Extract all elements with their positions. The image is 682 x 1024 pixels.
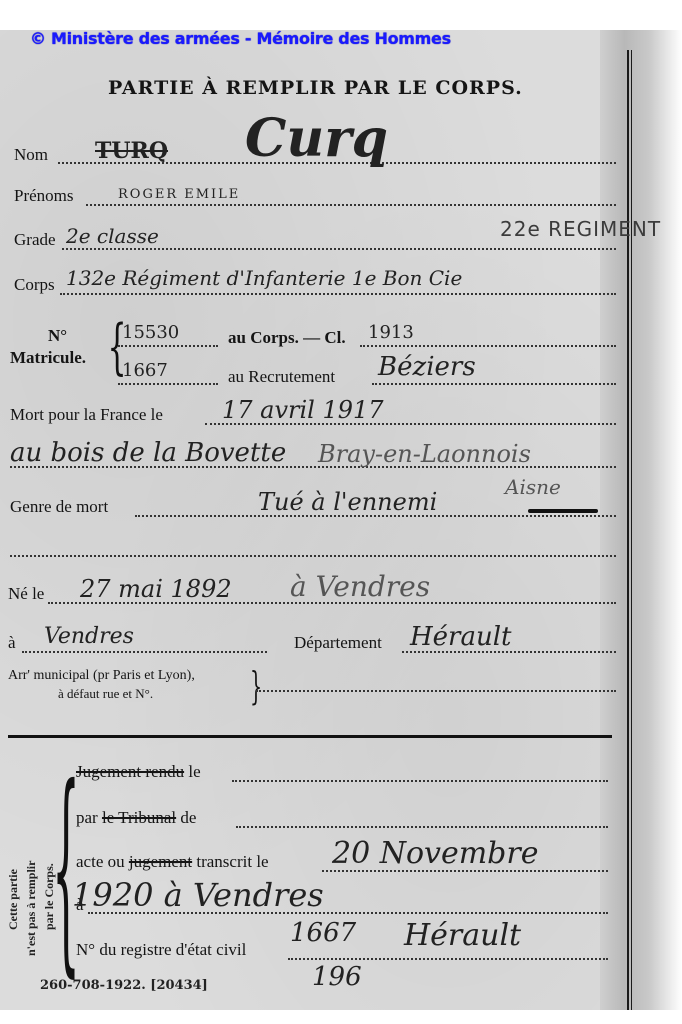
handwritten-name: Curq [245, 108, 388, 169]
side-note-line-1: Cette partie [6, 869, 21, 930]
dotted-line [86, 204, 616, 206]
handwritten-recrutement-place: Béziers [378, 352, 476, 382]
dotted-line [22, 651, 267, 653]
dotted-line [62, 248, 616, 250]
regiment-stamp: 22e REGIMENT [500, 217, 661, 241]
dotted-line [10, 555, 616, 557]
dotted-line [288, 958, 608, 960]
label-ne-le: Né le [8, 584, 44, 604]
dotted-line [236, 826, 608, 828]
label-de: de [180, 808, 196, 827]
label-grade: Grade [14, 230, 56, 250]
label-a-defaut-rue: à défaut rue et N°. [58, 686, 153, 702]
handwritten-matricule-recrutement: 1667 [122, 360, 168, 381]
handwritten-birth-town: Vendres [44, 624, 134, 649]
label-acte-ou: acte ou [76, 852, 125, 871]
handwritten-department-aisne: Aisne [505, 475, 561, 499]
label-par: par [76, 808, 98, 827]
label-matricule: Matricule. [10, 348, 86, 368]
handwritten-classe: 1913 [368, 322, 414, 343]
label-au-recrutement: au Recrutement [228, 367, 335, 387]
side-note-line-2: n'est pas à remplir [24, 861, 39, 956]
label-registre: N° du registre d'état civil [76, 940, 246, 960]
handwritten-departement: Hérault [410, 622, 512, 652]
paper-edge-shadow [600, 30, 682, 1010]
label-nom: Nom [14, 145, 48, 165]
struck-jugement: jugement [129, 852, 192, 871]
handwritten-death-place: au bois de la Bovette [10, 438, 286, 468]
label-genre-de-mort: Genre de mort [10, 497, 108, 517]
dotted-line [360, 345, 616, 347]
dotted-line [232, 780, 608, 782]
dotted-line [118, 345, 218, 347]
handwritten-transcription-place: 1920 à Vendres [72, 876, 324, 914]
label-mort-pour-la-france: Mort pour la France le [10, 405, 163, 425]
label-jugement: Jugement rendu le [76, 762, 201, 782]
label-corps: Corps [14, 275, 55, 295]
handwritten-death-commune: Bray-en-Laonnois [318, 440, 531, 468]
handwritten-registre-department: Hérault [404, 918, 521, 953]
form-print-code: 260-708-1922. [20434] [40, 978, 208, 993]
handwritten-transcription-date: 20 Novembre [332, 836, 538, 871]
label-prenoms: Prénoms [14, 186, 74, 206]
form-title: PARTIE À REMPLIR PAR LE CORPS. [108, 77, 523, 99]
handwritten-birth-place-annotation: à Vendres [290, 570, 430, 603]
struck-name: TURQ [95, 138, 168, 164]
label-a: à [8, 633, 16, 653]
margin-line [627, 50, 629, 1010]
label-au-corps: au Corps. — Cl. [228, 328, 346, 348]
handwritten-grade: 2e classe [66, 224, 159, 248]
label-acte: acte ou jugement transcrit le [76, 852, 269, 872]
handwritten-death-date: 17 avril 1917 [222, 396, 384, 424]
struck-le-tribunal: le Tribunal [102, 808, 176, 827]
label-no: N° [48, 326, 67, 346]
struck-jugement-rendu: Jugement rendu [76, 762, 184, 781]
label-arr-municipal: Arr' municipal (pr Paris et Lyon), [8, 668, 195, 684]
dotted-line [118, 383, 218, 385]
handwritten-matricule-corps: 15530 [122, 322, 179, 343]
dotted-line [372, 383, 616, 385]
label-transcrit-le: transcrit le [196, 852, 268, 871]
handwritten-death-type: Tué à l'ennemi [258, 488, 437, 516]
section-divider [8, 735, 612, 738]
margin-line-inner [631, 50, 632, 1010]
label-le: le [188, 762, 200, 781]
handwritten-registre-number: 1667 [290, 918, 356, 948]
handwritten-prenoms: ROGER EMILE [118, 187, 240, 202]
label-tribunal: par le Tribunal de [76, 808, 196, 828]
handwritten-birth-date: 27 mai 1892 [80, 575, 232, 603]
dotted-line [256, 690, 616, 692]
dotted-line [60, 293, 616, 295]
handwritten-registre-extra: 196 [312, 962, 362, 992]
brace: } [250, 664, 262, 708]
handwritten-corps: 132e Régiment d'Infanterie 1e Bon Cie [66, 266, 462, 290]
label-departement: Département [294, 633, 382, 653]
copyright-watermark: © Ministère des armées - Mémoire des Hom… [30, 29, 451, 48]
underline-stroke [528, 509, 598, 513]
